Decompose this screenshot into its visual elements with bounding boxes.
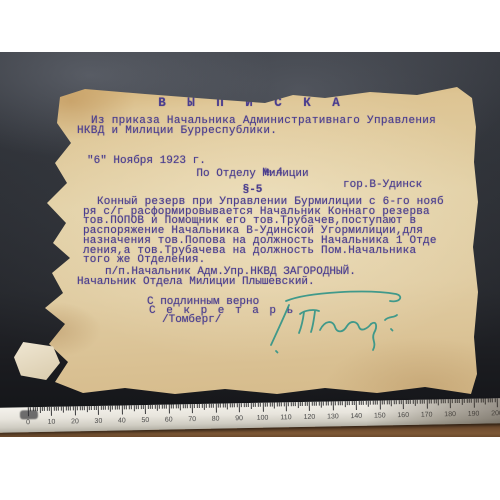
- document-paper: В Ы П И С К А Из приказа Начальника Адми…: [25, 82, 480, 400]
- ruler-number: 110: [280, 414, 291, 421]
- ruler-tick: [133, 405, 134, 411]
- ruler-tick: [314, 402, 315, 406]
- ruler-tick: [295, 402, 296, 406]
- ruler-tick: [239, 403, 240, 412]
- ruler-tick: [246, 403, 247, 407]
- ruler-tick: [54, 407, 55, 411]
- ruler-maker-mark: [20, 410, 38, 419]
- ruler-tick: [274, 403, 275, 409]
- ruler-tick: [131, 405, 132, 409]
- ruler-tick: [145, 405, 146, 414]
- ruler-tick: [79, 406, 80, 410]
- document-date: "6" Ноября 1923 г.: [87, 155, 206, 167]
- ruler-tick: [290, 402, 291, 406]
- ruler-tick: [351, 401, 352, 405]
- ruler-tick: [161, 405, 162, 409]
- ruler-tick: [260, 403, 261, 407]
- ruler-tick: [115, 406, 116, 410]
- ruler-tick: [342, 401, 343, 405]
- ruler-tick: [251, 403, 252, 409]
- ruler-tick: [265, 403, 266, 407]
- ruler-tick: [93, 406, 94, 410]
- ruler-tick: [152, 405, 153, 409]
- ruler-tick: [283, 402, 284, 406]
- section-header: По Отделу Милиции: [25, 168, 480, 180]
- ruler-tick: [220, 404, 221, 408]
- ruler-number: 120: [304, 414, 316, 421]
- ruler-tick: [340, 401, 341, 405]
- paragraph-mark: §-5: [25, 184, 480, 196]
- ruler-number: 80: [212, 416, 220, 423]
- ruler-tick: [122, 405, 123, 414]
- ruler-tick: [258, 403, 259, 407]
- ruler-tick: [56, 407, 57, 411]
- certified-line3: /Томберг/: [162, 314, 221, 326]
- ruler-tick: [63, 407, 64, 413]
- ruler-number: 140: [350, 413, 362, 420]
- ruler-tick: [124, 405, 125, 409]
- ruler-tick: [84, 406, 85, 410]
- ruler-tick: [98, 406, 99, 415]
- document-header-line2: НКВД и Милиции Бурреспублики.: [77, 125, 277, 137]
- ruler-tick: [178, 404, 179, 408]
- ruler-tick: [138, 405, 139, 409]
- ruler-tick: [112, 406, 113, 410]
- ruler-tick: [269, 403, 270, 407]
- ruler-tick: [171, 404, 172, 408]
- ruler-tick: [72, 406, 73, 410]
- ruler-tick: [356, 401, 357, 410]
- ruler-tick: [190, 404, 191, 408]
- ruler-tick: [143, 405, 144, 409]
- ruler-number: 10: [48, 419, 56, 426]
- ruler-tick: [47, 407, 48, 411]
- ruler-tick: [86, 406, 87, 412]
- ruler-tick: [206, 404, 207, 408]
- ruler-tick: [302, 402, 303, 406]
- ruler-tick: [321, 402, 322, 408]
- ruler-tick: [349, 401, 350, 405]
- document-body: Конный резерв при Управлении Бурмилиции …: [83, 198, 448, 266]
- ruler-tick: [58, 407, 59, 411]
- ruler-smudge: [366, 398, 500, 426]
- ruler-tick: [192, 404, 193, 413]
- ruler-tick: [110, 406, 111, 412]
- ruler-tick: [354, 401, 355, 405]
- ruler-tick: [211, 404, 212, 408]
- ruler-tick: [243, 403, 244, 407]
- ruler-number: 130: [327, 413, 339, 420]
- ruler-tick: [309, 402, 310, 411]
- ruler-tick: [279, 402, 280, 406]
- ruler-tick: [215, 404, 216, 413]
- ruler-tick: [154, 405, 155, 409]
- ruler-tick: [262, 403, 263, 412]
- ruler-number: 90: [235, 415, 243, 422]
- ruler-tick: [176, 404, 177, 408]
- ruler-tick: [276, 402, 277, 406]
- ruler-tick: [222, 404, 223, 408]
- ruler-tick: [347, 401, 348, 405]
- ruler-tick: [49, 407, 50, 411]
- signature-ink: [263, 287, 468, 372]
- ruler-tick: [100, 406, 101, 410]
- ruler-tick: [68, 406, 69, 410]
- ruler-number: 40: [118, 417, 126, 424]
- ruler-tick: [126, 405, 127, 409]
- ruler-tick: [316, 402, 317, 406]
- ruler-tick: [117, 406, 118, 410]
- document-dateline: "6" Ноября 1923 г. №-4 гор.В-Удинск: [25, 143, 480, 155]
- ruler-tick: [119, 405, 120, 409]
- ruler-tick: [61, 407, 62, 411]
- ruler-tick: [328, 401, 329, 405]
- ruler-tick: [150, 405, 151, 409]
- ruler-tick: [363, 401, 364, 405]
- ruler-tick: [204, 404, 205, 410]
- ruler-tick: [213, 404, 214, 408]
- ruler-tick: [103, 406, 104, 410]
- ruler-tick: [225, 403, 226, 407]
- ruler-tick: [361, 401, 362, 405]
- ruler-tick: [234, 403, 235, 407]
- ruler-tick: [187, 404, 188, 408]
- ruler-tick: [255, 403, 256, 407]
- ruler-number: 70: [188, 416, 196, 423]
- ruler-tick: [344, 401, 345, 407]
- ruler-tick: [168, 405, 169, 414]
- ruler-number: 60: [165, 416, 173, 423]
- ruler-tick: [75, 406, 76, 415]
- ruler-tick: [159, 405, 160, 409]
- ruler-tick: [42, 407, 43, 411]
- ruler-tick: [65, 407, 66, 411]
- ruler-tick: [173, 404, 174, 408]
- body-line: того же Отделения.: [83, 256, 448, 266]
- ruler-tick: [319, 402, 320, 406]
- ruler-tick: [229, 403, 230, 407]
- ruler-tick: [288, 402, 289, 406]
- ruler-tick: [157, 405, 158, 411]
- ruler-tick: [105, 406, 106, 410]
- ruler-tick: [232, 403, 233, 407]
- ruler-tick: [330, 401, 331, 405]
- ruler-tick: [183, 404, 184, 408]
- ruler-tick: [337, 401, 338, 405]
- ruler-tick: [96, 406, 97, 410]
- ruler-tick: [70, 406, 71, 410]
- ruler-tick: [201, 404, 202, 408]
- ruler-tick: [140, 405, 141, 409]
- ruler-tick: [218, 404, 219, 408]
- ruler-number: 100: [257, 415, 269, 422]
- photograph: В Ы П И С К А Из приказа Начальника Адми…: [0, 52, 500, 437]
- ruler-tick: [91, 406, 92, 410]
- ruler-tick: [286, 402, 287, 411]
- ruler-tick: [300, 402, 301, 406]
- ruler-number: 20: [71, 418, 79, 425]
- ruler-tick: [194, 404, 195, 408]
- ruler-tick: [82, 406, 83, 410]
- ruler-tick: [227, 403, 228, 409]
- ruler-tick: [44, 407, 45, 411]
- ruler-tick: [297, 402, 298, 408]
- ruler-tick: [164, 405, 165, 409]
- ruler-tick: [326, 402, 327, 406]
- ruler-tick: [136, 405, 137, 409]
- ruler-tick: [304, 402, 305, 406]
- ruler-tick: [323, 402, 324, 406]
- ruler-tick: [108, 406, 109, 410]
- ruler-tick: [236, 403, 237, 407]
- ruler-tick: [267, 403, 268, 407]
- ruler-tick: [307, 402, 308, 406]
- torn-paper-scrap: [14, 342, 60, 380]
- ruler-tick: [358, 401, 359, 405]
- ruler-tick: [129, 405, 130, 409]
- ruler-tick: [248, 403, 249, 407]
- ruler-tick: [199, 404, 200, 408]
- ruler-tick: [89, 406, 90, 410]
- ruler-tick: [281, 402, 282, 406]
- ruler-tick: [241, 403, 242, 407]
- ruler-tick: [40, 407, 41, 413]
- ruler-tick: [166, 405, 167, 409]
- ruler-tick: [293, 402, 294, 406]
- document-title: В Ы П И С К А: [25, 96, 480, 110]
- ruler-tick: [253, 403, 254, 407]
- ruler-tick: [147, 405, 148, 409]
- ruler-tick: [208, 404, 209, 408]
- ruler-tick: [333, 401, 334, 410]
- ruler-number: 30: [94, 418, 102, 425]
- ruler-tick: [335, 401, 336, 405]
- ruler-tick: [51, 407, 52, 416]
- ruler-number: 0: [26, 419, 30, 426]
- ruler-tick: [180, 404, 181, 410]
- ruler-tick: [185, 404, 186, 408]
- ruler-tick: [311, 402, 312, 406]
- ruler-tick: [272, 403, 273, 407]
- ruler-tick: [197, 404, 198, 408]
- ruler-number: 50: [141, 417, 149, 424]
- ruler-tick: [77, 406, 78, 410]
